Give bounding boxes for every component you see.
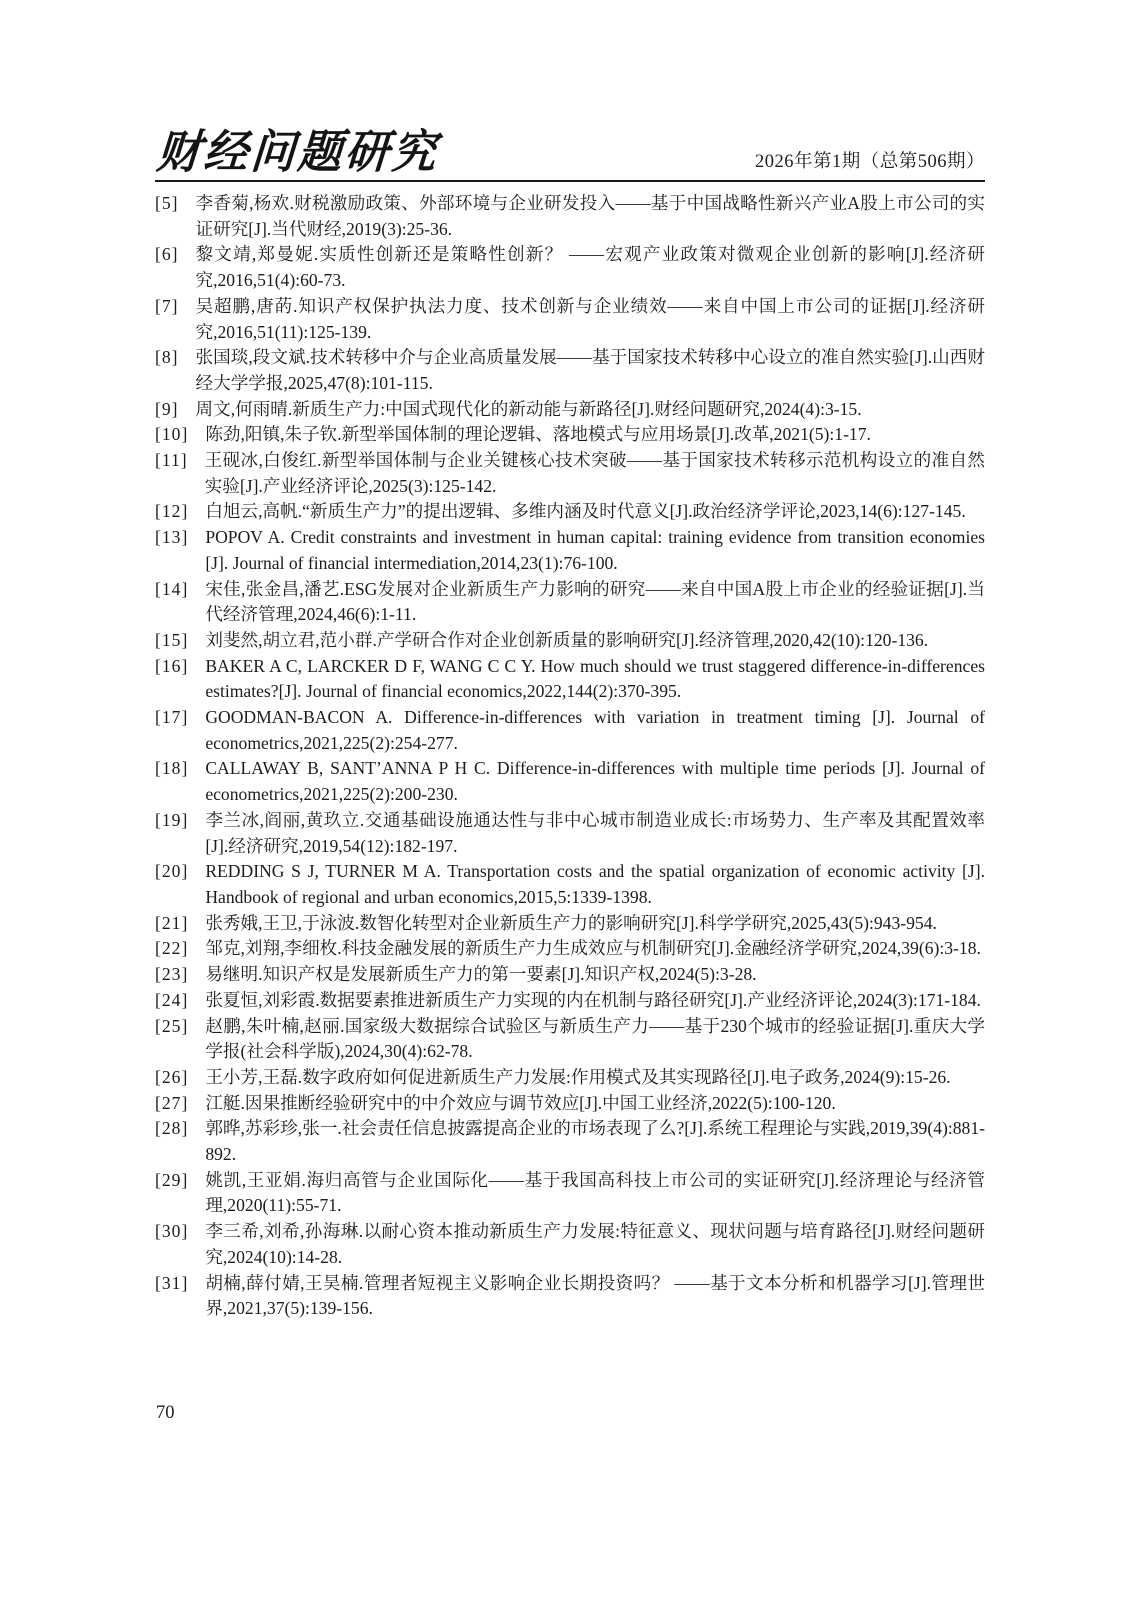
- reference-number: [6]: [155, 242, 179, 293]
- reference-number: [15]: [155, 628, 188, 654]
- reference-number: [19]: [155, 808, 188, 859]
- reference-text: 周文,何雨晴.新质生产力:中国式现代化的新动能与新路径[J].财经问题研究,20…: [196, 397, 985, 423]
- reference-item: [9] 周文,何雨晴.新质生产力:中国式现代化的新动能与新路径[J].财经问题研…: [155, 397, 985, 423]
- reference-number: [24]: [155, 988, 188, 1014]
- reference-number: [10]: [155, 422, 188, 448]
- page-header: 财经问题研究 2026年第1期（总第506期）: [155, 120, 985, 178]
- reference-text: 白旭云,高帆.“新质生产力”的提出逻辑、多维内涵及时代意义[J].政治经济学评论…: [205, 499, 985, 525]
- reference-number: [31]: [155, 1271, 188, 1322]
- reference-item: [16] BAKER A C, LARCKER D F, WANG C C Y.…: [155, 654, 985, 705]
- reference-text: 张夏恒,刘彩霞.数据要素推进新质生产力实现的内在机制与路径研究[J].产业经济评…: [205, 988, 985, 1014]
- reference-item: [20] REDDING S J, TURNER M A. Transporta…: [155, 859, 985, 910]
- reference-text: BAKER A C, LARCKER D F, WANG C C Y. How …: [205, 654, 985, 705]
- reference-list: [5] 李香菊,杨欢.财税激励政策、外部环境与企业研发投入——基于中国战略性新兴…: [155, 191, 985, 1322]
- reference-text: REDDING S J, TURNER M A. Transportation …: [205, 859, 985, 910]
- reference-item: [26] 王小芳,王磊.数字政府如何促进新质生产力发展:作用模式及其实现路径[J…: [155, 1065, 985, 1091]
- reference-item: [30] 李三希,刘希,孙海琳.以耐心资本推动新质生产力发展:特征意义、现状问题…: [155, 1219, 985, 1270]
- reference-text: 张国琰,段文斌.技术转移中介与企业高质量发展——基于国家技术转移中心设立的准自然…: [196, 345, 985, 396]
- reference-text: 陈劲,阳镇,朱子钦.新型举国体制的理论逻辑、落地模式与应用场景[J].改革,20…: [205, 422, 985, 448]
- reference-text: CALLAWAY B, SANT’ANNA P H C. Difference-…: [205, 756, 985, 807]
- reference-text: 李兰冰,阎丽,黄玖立.交通基础设施通达性与非中心城市制造业成长:市场势力、生产率…: [205, 808, 985, 859]
- reference-item: [22] 邹克,刘翔,李细枚.科技金融发展的新质生产力生成效应与机制研究[J].…: [155, 936, 985, 962]
- reference-number: [21]: [155, 911, 188, 937]
- reference-number: [29]: [155, 1168, 188, 1219]
- reference-number: [22]: [155, 936, 188, 962]
- reference-text: 王小芳,王磊.数字政府如何促进新质生产力发展:作用模式及其实现路径[J].电子政…: [205, 1065, 985, 1091]
- reference-number: [27]: [155, 1091, 188, 1117]
- reference-item: [15] 刘斐然,胡立君,范小群.产学研合作对企业创新质量的影响研究[J].经济…: [155, 628, 985, 654]
- reference-number: [26]: [155, 1065, 188, 1091]
- reference-text: 郭晔,苏彩珍,张一.社会责任信息披露提高企业的市场表现了么?[J].系统工程理论…: [205, 1116, 985, 1167]
- page-number: 70: [156, 1402, 175, 1424]
- reference-item: [6] 黎文靖,郑曼妮.实质性创新还是策略性创新？ ——宏观产业政策对微观企业创…: [155, 242, 985, 293]
- journal-masthead-logo: 财经问题研究: [155, 130, 440, 178]
- reference-text: POPOV A. Credit constraints and investme…: [205, 525, 985, 576]
- reference-number: [7]: [155, 294, 179, 345]
- reference-item: [7] 吴超鹏,唐菂.知识产权保护执法力度、技术创新与企业绩效——来自中国上市公…: [155, 294, 985, 345]
- reference-item: [17] GOODMAN-BACON A. Difference-in-diff…: [155, 705, 985, 756]
- reference-text: 赵鹏,朱叶楠,赵丽.国家级大数据综合试验区与新质生产力——基于230个城市的经验…: [205, 1014, 985, 1065]
- reference-number: [23]: [155, 962, 188, 988]
- reference-text: 刘斐然,胡立君,范小群.产学研合作对企业创新质量的影响研究[J].经济管理,20…: [205, 628, 985, 654]
- reference-number: [18]: [155, 756, 188, 807]
- issue-info: 2026年第1期（总第506期）: [755, 153, 985, 179]
- reference-item: [29] 姚凯,王亚娟.海归高管与企业国际化——基于我国高科技上市公司的实证研究…: [155, 1168, 985, 1219]
- reference-item: [14] 宋佳,张金昌,潘艺.ESG发展对企业新质生产力影响的研究——来自中国A…: [155, 577, 985, 628]
- reference-item: [13] POPOV A. Credit constraints and inv…: [155, 525, 985, 576]
- reference-item: [25] 赵鹏,朱叶楠,赵丽.国家级大数据综合试验区与新质生产力——基于230个…: [155, 1014, 985, 1065]
- reference-number: [25]: [155, 1014, 188, 1065]
- reference-item: [11] 王砚冰,白俊红.新型举国体制与企业关键核心技术突破——基于国家技术转移…: [155, 448, 985, 499]
- reference-item: [23] 易继明.知识产权是发展新质生产力的第一要素[J].知识产权,2024(…: [155, 962, 985, 988]
- reference-number: [17]: [155, 705, 188, 756]
- reference-text: 吴超鹏,唐菂.知识产权保护执法力度、技术创新与企业绩效——来自中国上市公司的证据…: [196, 294, 985, 345]
- reference-item: [24] 张夏恒,刘彩霞.数据要素推进新质生产力实现的内在机制与路径研究[J].…: [155, 988, 985, 1014]
- reference-number: [9]: [155, 397, 179, 423]
- reference-text: 邹克,刘翔,李细枚.科技金融发展的新质生产力生成效应与机制研究[J].金融经济学…: [205, 936, 985, 962]
- reference-number: [14]: [155, 577, 188, 628]
- reference-text: 张秀娥,王卫,于泳波.数智化转型对企业新质生产力的影响研究[J].科学学研究,2…: [205, 911, 985, 937]
- reference-text: 李香菊,杨欢.财税激励政策、外部环境与企业研发投入——基于中国战略性新兴产业A股…: [196, 191, 985, 242]
- reference-number: [30]: [155, 1219, 188, 1270]
- reference-text: 江艇.因果推断经验研究中的中介效应与调节效应[J].中国工业经济,2022(5)…: [205, 1091, 985, 1117]
- reference-number: [28]: [155, 1116, 188, 1167]
- reference-number: [20]: [155, 859, 188, 910]
- reference-item: [27] 江艇.因果推断经验研究中的中介效应与调节效应[J].中国工业经济,20…: [155, 1091, 985, 1117]
- reference-item: [28] 郭晔,苏彩珍,张一.社会责任信息披露提高企业的市场表现了么?[J].系…: [155, 1116, 985, 1167]
- reference-number: [12]: [155, 499, 188, 525]
- reference-item: [5] 李香菊,杨欢.财税激励政策、外部环境与企业研发投入——基于中国战略性新兴…: [155, 191, 985, 242]
- reference-text: 王砚冰,白俊红.新型举国体制与企业关键核心技术突破——基于国家技术转移示范机构设…: [205, 448, 985, 499]
- reference-text: 姚凯,王亚娟.海归高管与企业国际化——基于我国高科技上市公司的实证研究[J].经…: [205, 1168, 985, 1219]
- reference-number: [16]: [155, 654, 188, 705]
- journal-page: 财经问题研究 2026年第1期（总第506期） [5] 李香菊,杨欢.财税激励政…: [0, 0, 1140, 1600]
- reference-text: 易继明.知识产权是发展新质生产力的第一要素[J].知识产权,2024(5):3-…: [205, 962, 985, 988]
- reference-text: 李三希,刘希,孙海琳.以耐心资本推动新质生产力发展:特征意义、现状问题与培育路径…: [205, 1219, 985, 1270]
- reference-text: 胡楠,薛付婧,王昊楠.管理者短视主义影响企业长期投资吗？ ——基于文本分析和机器…: [205, 1271, 985, 1322]
- reference-number: [13]: [155, 525, 188, 576]
- reference-item: [19] 李兰冰,阎丽,黄玖立.交通基础设施通达性与非中心城市制造业成长:市场势…: [155, 808, 985, 859]
- reference-item: [10] 陈劲,阳镇,朱子钦.新型举国体制的理论逻辑、落地模式与应用场景[J].…: [155, 422, 985, 448]
- reference-text: GOODMAN-BACON A. Difference-in-differenc…: [205, 705, 985, 756]
- reference-item: [8] 张国琰,段文斌.技术转移中介与企业高质量发展——基于国家技术转移中心设立…: [155, 345, 985, 396]
- reference-number: [11]: [155, 448, 188, 499]
- reference-number: [8]: [155, 345, 179, 396]
- reference-text: 宋佳,张金昌,潘艺.ESG发展对企业新质生产力影响的研究——来自中国A股上市企业…: [205, 577, 985, 628]
- header-divider: [155, 180, 985, 182]
- reference-item: [31] 胡楠,薛付婧,王昊楠.管理者短视主义影响企业长期投资吗？ ——基于文本…: [155, 1271, 985, 1322]
- reference-number: [5]: [155, 191, 179, 242]
- reference-item: [21] 张秀娥,王卫,于泳波.数智化转型对企业新质生产力的影响研究[J].科学…: [155, 911, 985, 937]
- reference-item: [12] 白旭云,高帆.“新质生产力”的提出逻辑、多维内涵及时代意义[J].政治…: [155, 499, 985, 525]
- reference-item: [18] CALLAWAY B, SANT’ANNA P H C. Differ…: [155, 756, 985, 807]
- reference-text: 黎文靖,郑曼妮.实质性创新还是策略性创新？ ——宏观产业政策对微观企业创新的影响…: [196, 242, 985, 293]
